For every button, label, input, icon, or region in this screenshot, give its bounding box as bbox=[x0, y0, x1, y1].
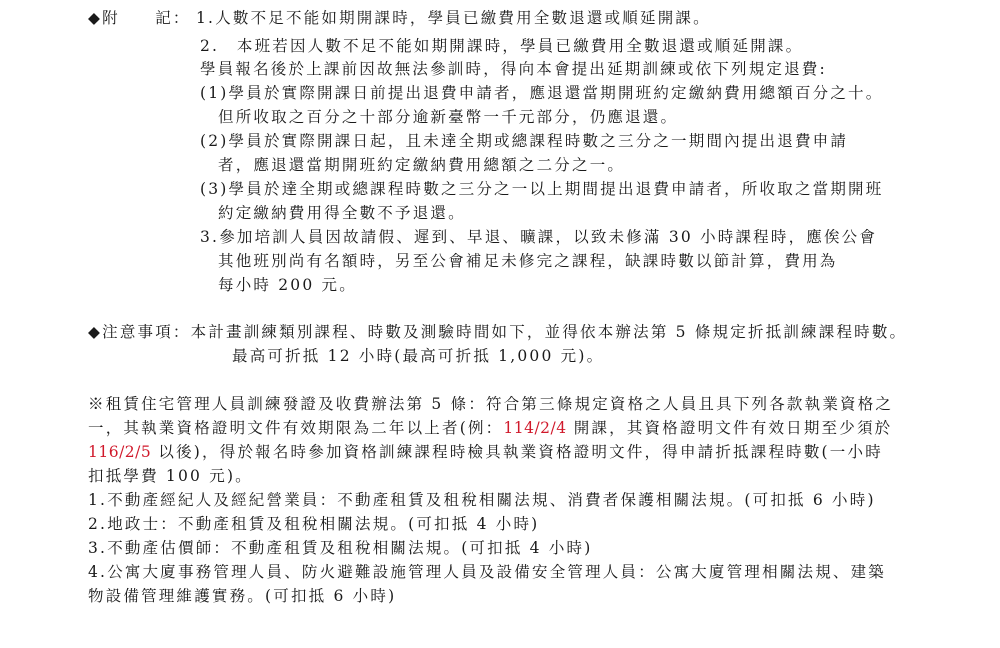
regulation-line-2-pre: 一，其執業資格證明文件有效期限為二年以上者(例： bbox=[88, 419, 503, 437]
regulation-item-2: 2.地政士：不動產租賃及租稅相關法規。(可扣抵 4 小時) bbox=[88, 514, 539, 534]
regulation-line-2-post: 開課，其資格證明文件有效日期至少須於 bbox=[567, 419, 893, 437]
appendix-refund-2: (2)學員於實際開課日起，且未達全期或總課程時數之三分之一期間內提出退費申請 bbox=[200, 131, 848, 151]
certificate-valid-date: 116/2/5 bbox=[88, 443, 151, 461]
regulation-line-2: 一，其執業資格證明文件有效期限為二年以上者(例：114/2/4 開課，其資格證明… bbox=[88, 418, 892, 438]
appendix-item-3-cont: 其他班別尚有名額時，另至公會補足未修完之課程，缺課時數以節計算，費用為 bbox=[218, 251, 838, 271]
notice-line-2: 最高可折抵 12 小時(最高可折抵 1,000 元)。 bbox=[232, 346, 604, 366]
appendix-item-3-cont2: 每小時 200 元。 bbox=[218, 275, 357, 295]
regulation-item-4: 4.公寓大廈事務管理人員、防火避難設施管理人員及設備安全管理人員：公寓大廈管理相… bbox=[88, 562, 886, 582]
notice-line-1: ◆注意事項：本計畫訓練類別課程、時數及測驗時間如下，並得依本辦法第 5 條規定折… bbox=[88, 322, 907, 342]
regulation-line-4: 扣抵學費 100 元)。 bbox=[88, 466, 253, 486]
regulation-item-1: 1.不動產經紀人及經紀營業員：不動產租賃及租稅相關法規、消費者保護相關法規。(可… bbox=[88, 490, 876, 510]
appendix-refund-3: (3)學員於達全期或總課程時數之三分之一以上期間提出退費申請者，所收取之當期開班 bbox=[200, 179, 883, 199]
regulation-item-3: 3.不動產估價師：不動產租賃及租稅相關法規。(可扣抵 4 小時) bbox=[88, 538, 593, 558]
course-start-date: 114/2/4 bbox=[503, 419, 566, 437]
appendix-refund-1: (1)學員於實際開課日前提出退費申請者，應退還當期開班約定繳納費用總額百分之十。 bbox=[200, 83, 883, 103]
regulation-line-3-post: 以後)，得於報名時參加資格訓練課程時檢具執業資格證明文件，得申請折抵課程時數(一… bbox=[151, 443, 883, 461]
appendix-refund-2-cont: 者，應退還當期開班約定繳納費用總額之二分之一。 bbox=[218, 155, 625, 175]
appendix-label: ◆附 記： bbox=[88, 8, 191, 28]
appendix-item-1: 1.人數不足不能如期開課時，學員已繳費用全數退還或順延開課。 bbox=[196, 8, 711, 28]
regulation-line-1: ※租賃住宅管理人員訓練發證及收費辦法第 5 條：符合第三條規定資格之人員且具下列… bbox=[88, 394, 893, 414]
appendix-item-3: 3.參加培訓人員因故請假、遲到、早退、曠課，以致未修滿 30 小時課程時，應俟公… bbox=[200, 227, 877, 247]
regulation-line-3: 116/2/5 以後)，得於報名時參加資格訓練課程時檢具執業資格證明文件，得申請… bbox=[88, 442, 883, 462]
regulation-item-4-cont: 物設備管理維護實務。(可扣抵 6 小時) bbox=[88, 586, 396, 606]
appendix-item-2: 2. 本班若因人數不足不能如期開課時，學員已繳費用全數退還或順延開課。 bbox=[200, 36, 803, 56]
appendix-refund-intro: 學員報名後於上課前因故無法參訓時，得向本會提出延期訓練或依下列規定退費: bbox=[200, 59, 827, 79]
appendix-refund-1-cont: 但所收取之百分之十部分逾新臺幣一千元部分，仍應退還。 bbox=[218, 107, 678, 127]
appendix-refund-3-cont: 約定繳納費用得全數不予退還。 bbox=[218, 203, 466, 223]
